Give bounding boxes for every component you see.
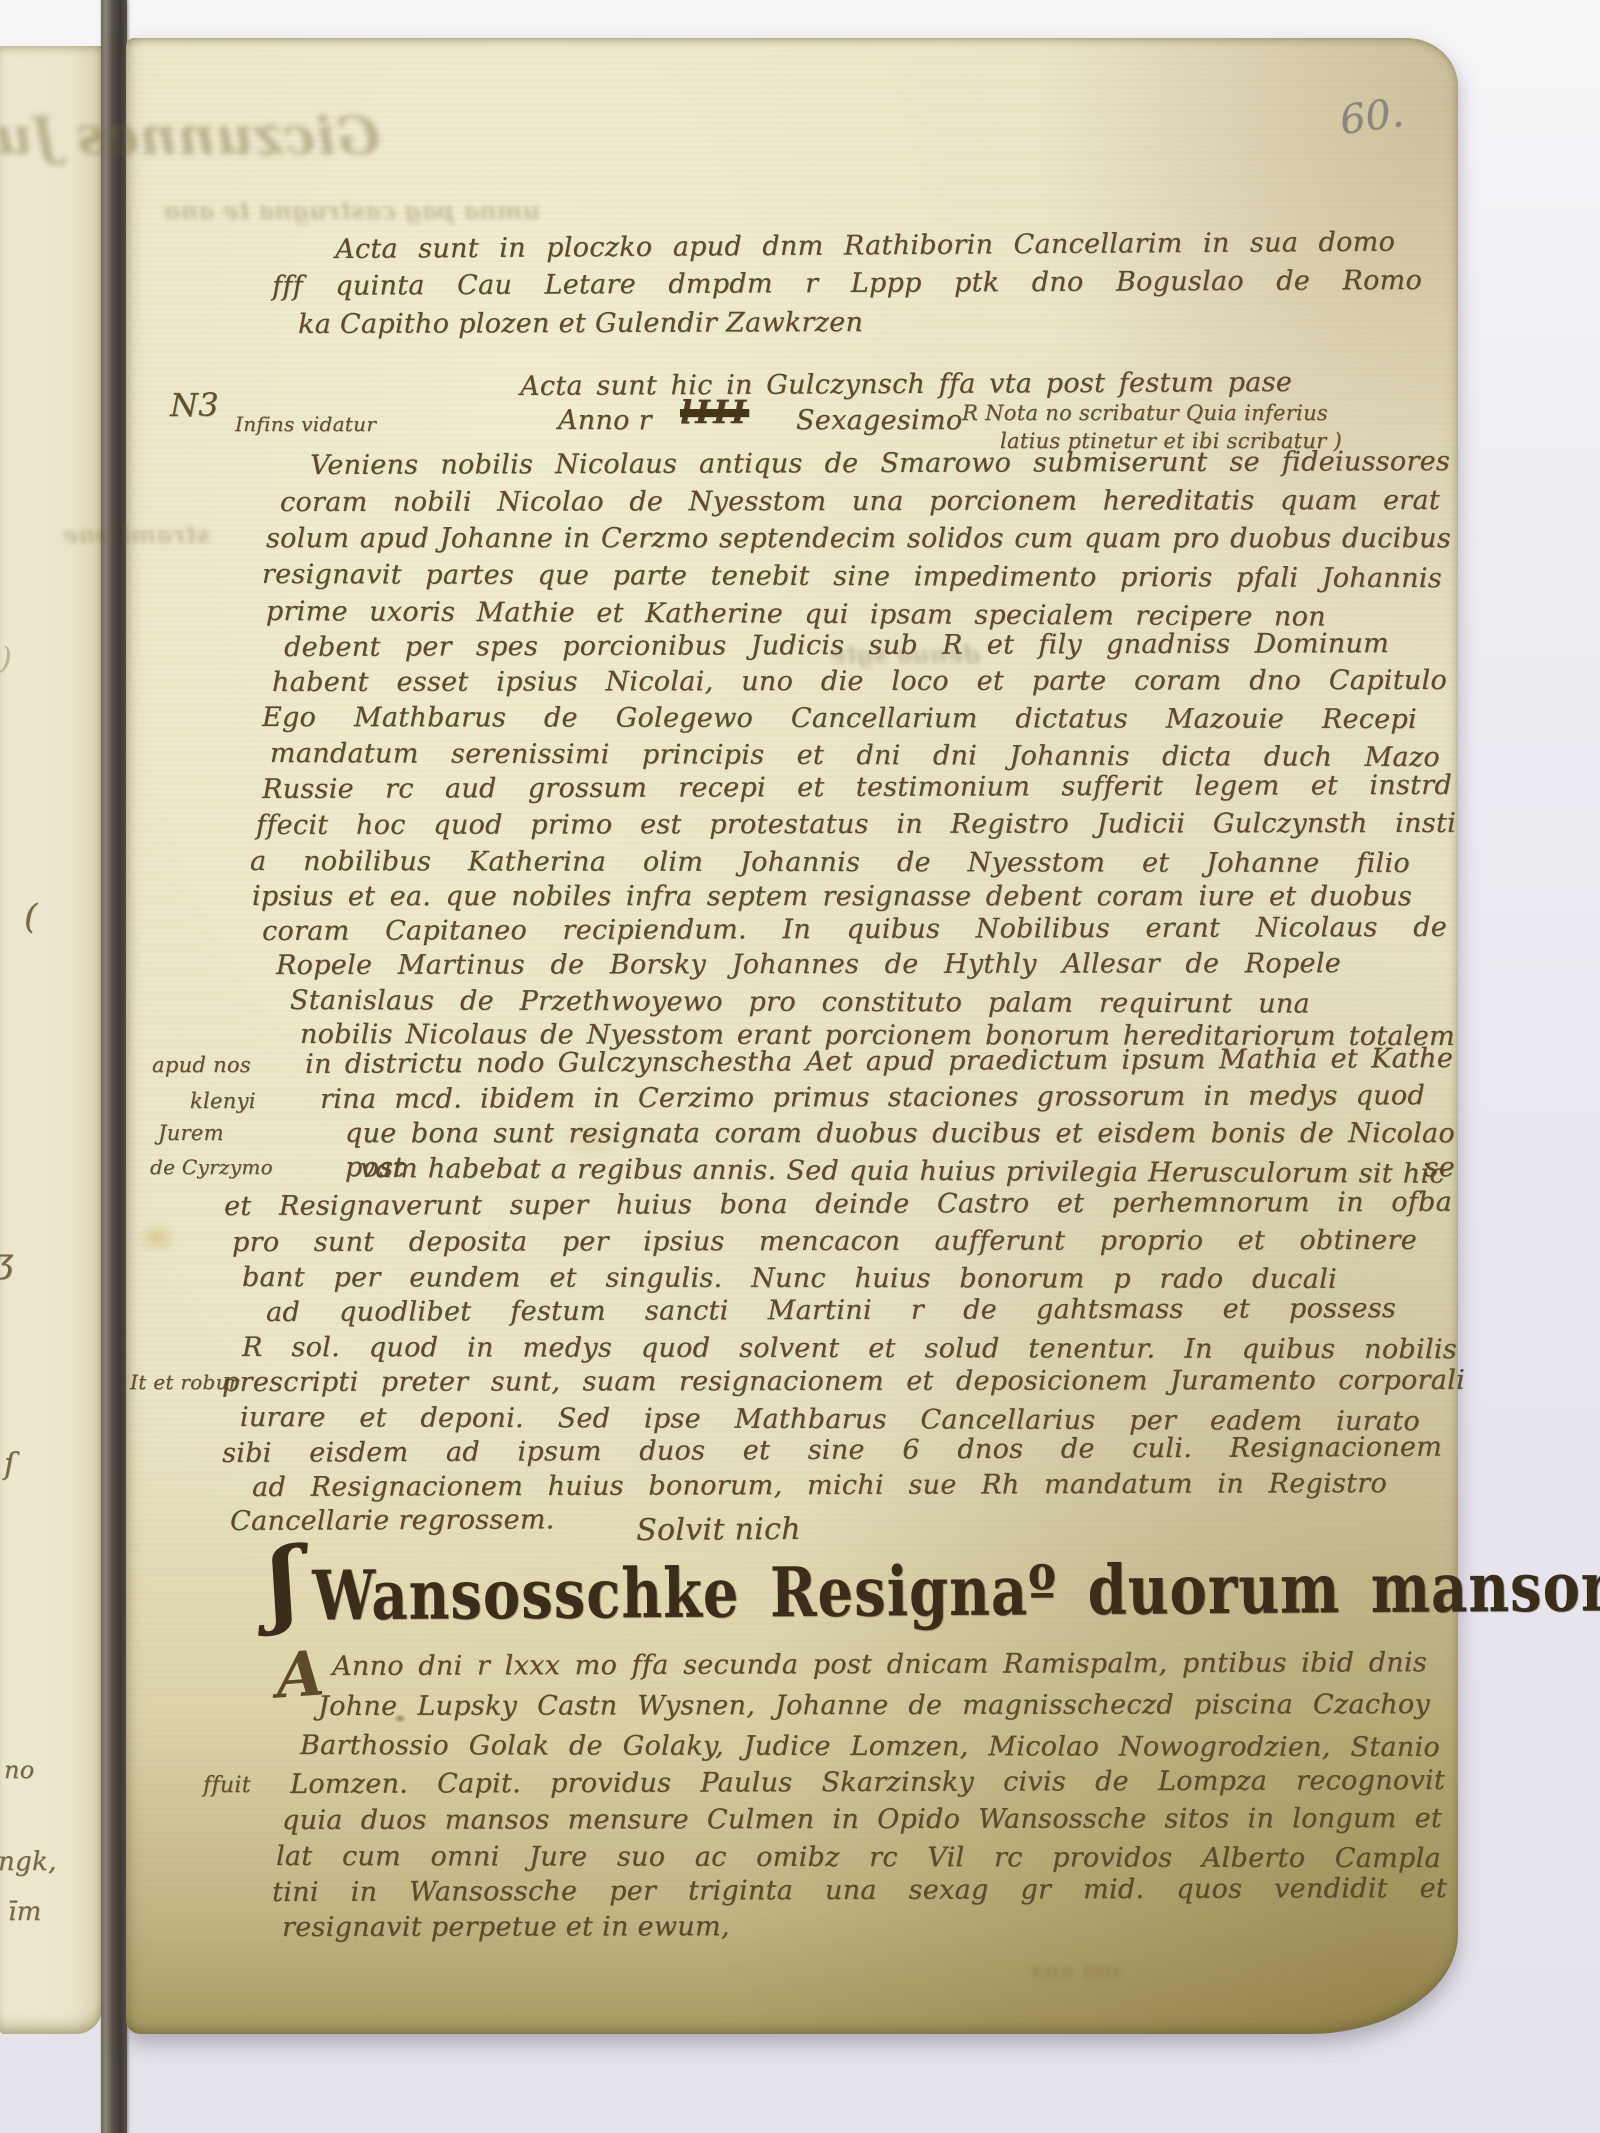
folio-number: 60.: [1337, 90, 1406, 144]
parchment-leaf: [126, 38, 1458, 2034]
paragraph-initial-letter: A: [274, 1636, 327, 1712]
binding-rod: [101, 0, 127, 2133]
section-heading: Wansosschke Resignaº duorum mansorum: [312, 1546, 1600, 1636]
facing-page-edge: [0, 46, 102, 2034]
scanned-manuscript-page: Giczunnes Judithwen SusBowiczeumna pag c…: [0, 0, 1600, 2133]
